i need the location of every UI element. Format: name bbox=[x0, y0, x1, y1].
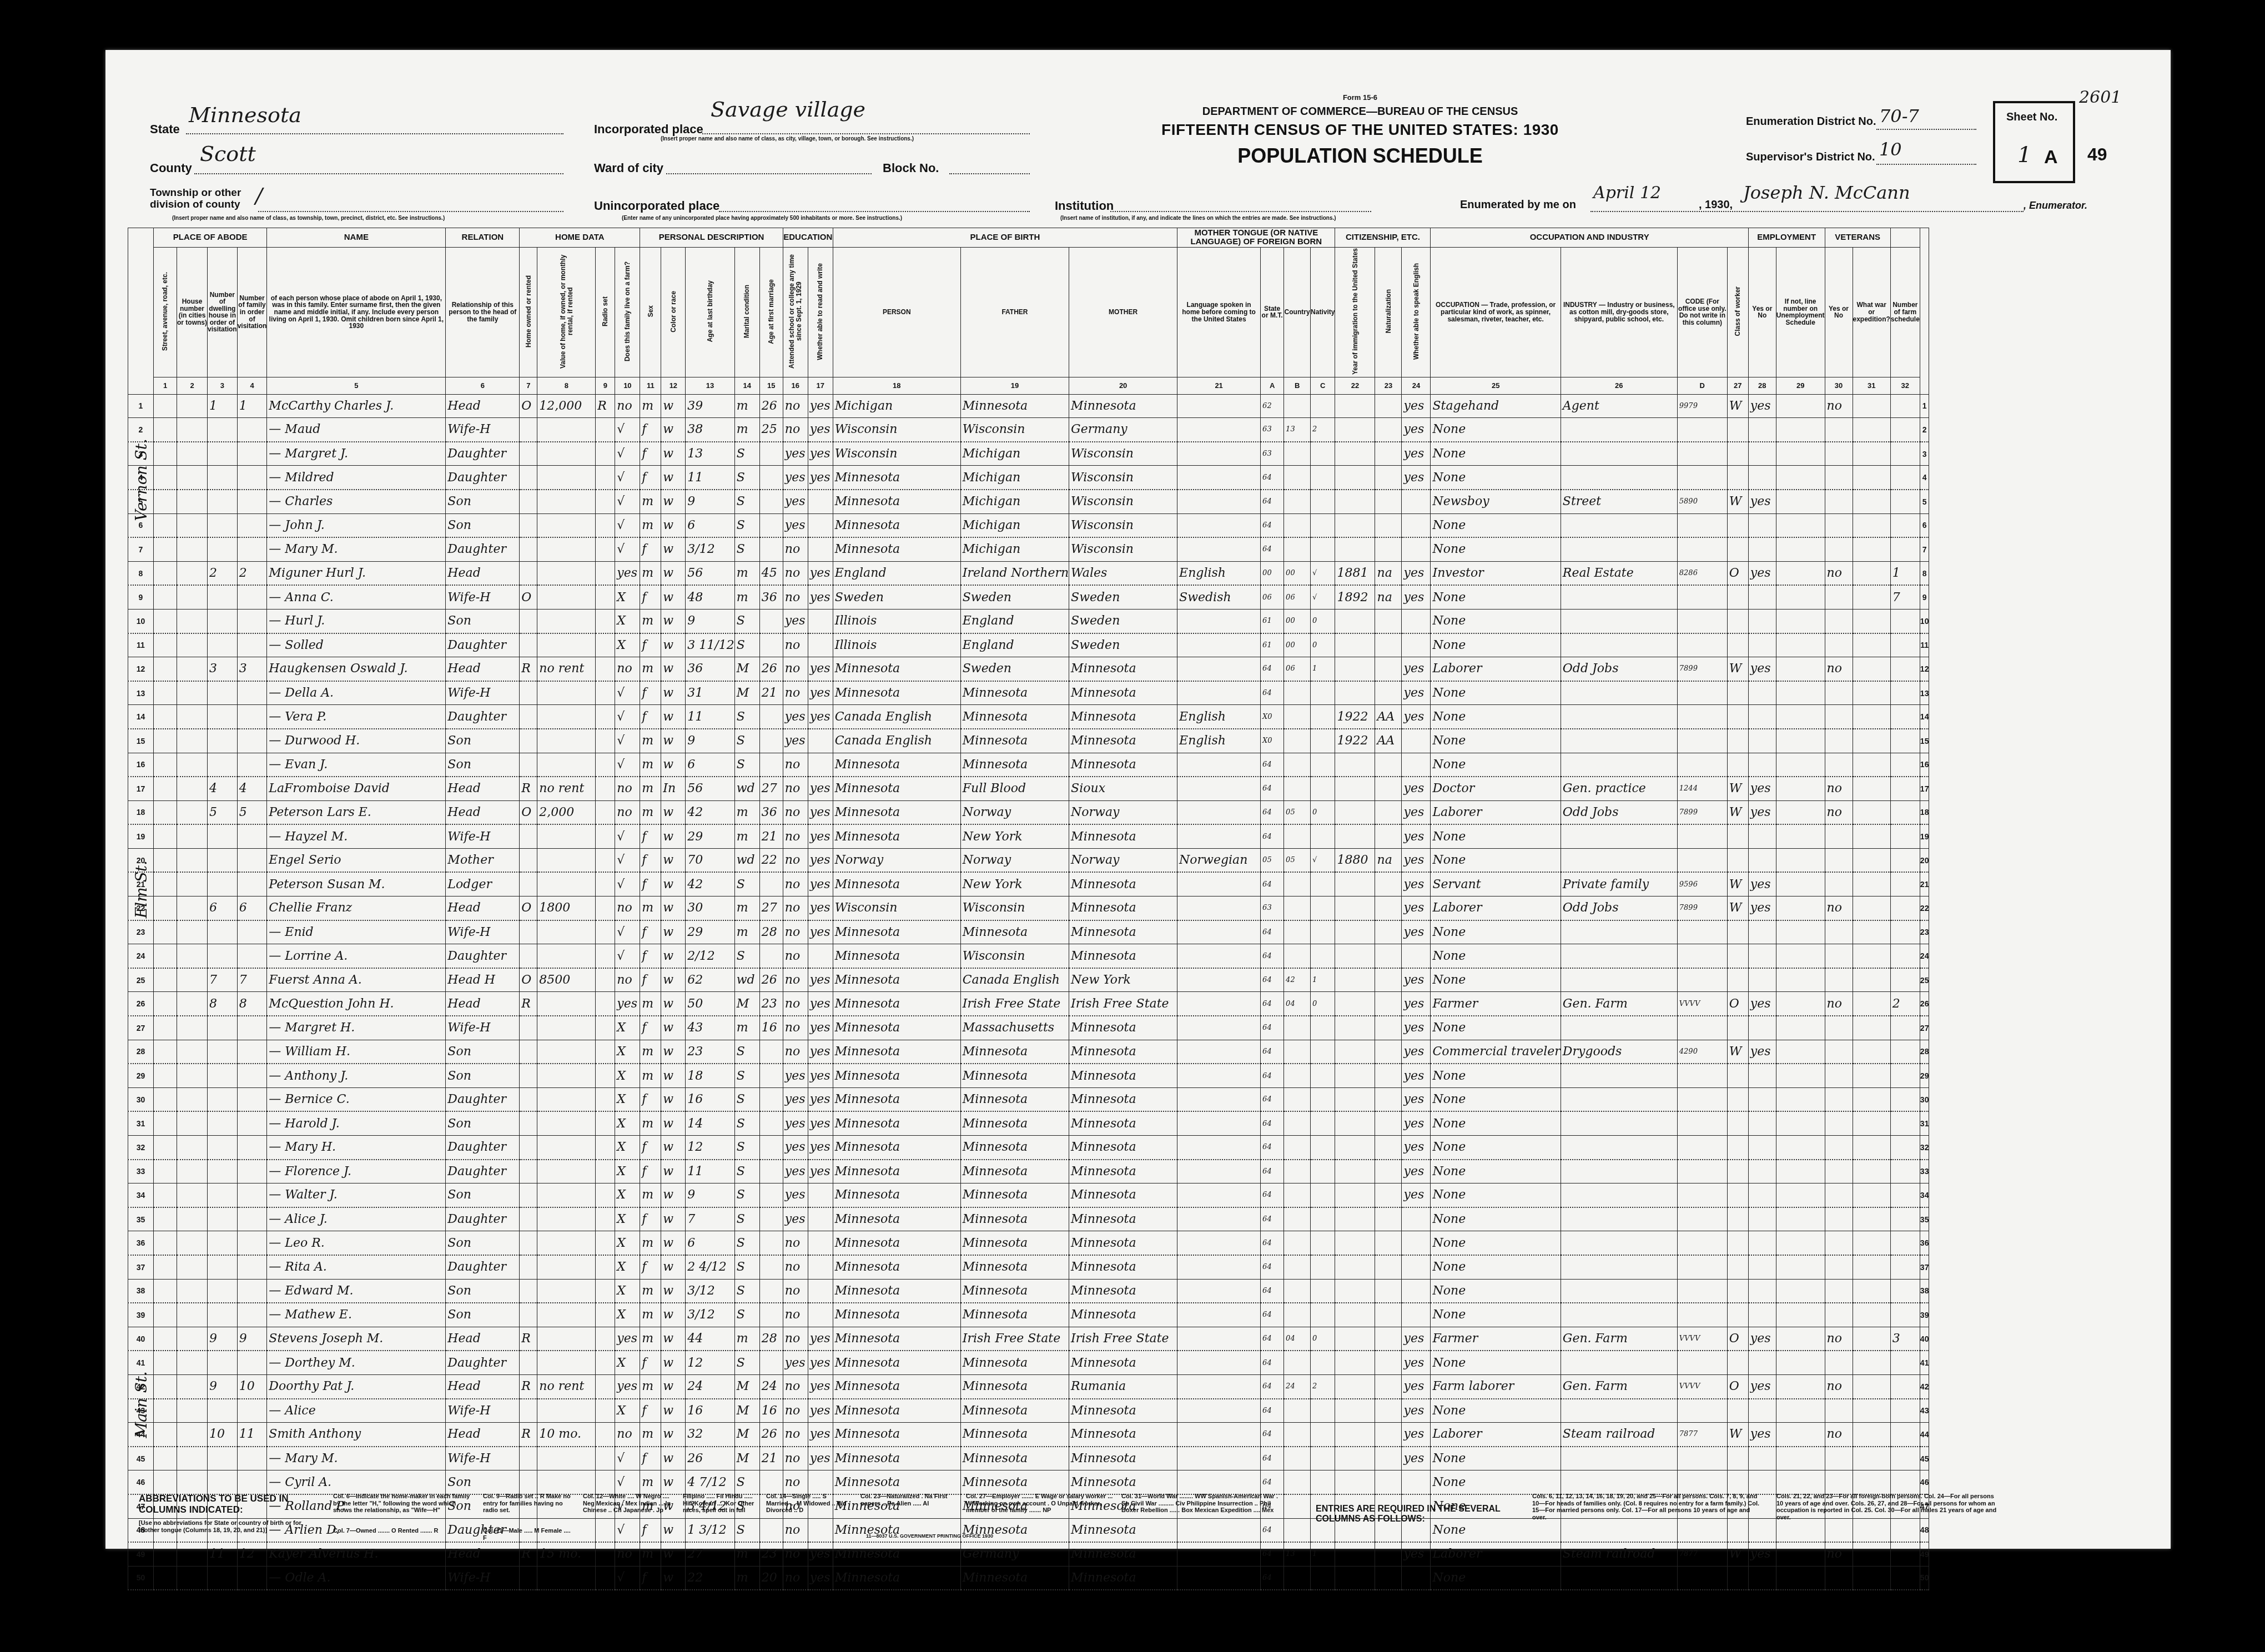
cell-lang bbox=[1177, 466, 1261, 490]
cell-cls bbox=[1727, 1207, 1748, 1231]
cell-unemp bbox=[1776, 705, 1825, 729]
cell-bp: Minnesota bbox=[833, 1399, 960, 1423]
census-title: FIFTEENTH CENSUS OF THE UNITED STATES: 1… bbox=[1083, 121, 1638, 139]
cell-bpf: Minnesota bbox=[960, 681, 1069, 705]
cell-street bbox=[154, 777, 177, 800]
cell-a: 63 bbox=[1261, 442, 1284, 466]
cell-c bbox=[1311, 1016, 1335, 1040]
cell-sch: no bbox=[783, 585, 808, 609]
cell-house bbox=[177, 1279, 208, 1303]
cell-occ: Farm laborer bbox=[1431, 1374, 1561, 1398]
column-header: Number of dwelling house in order of vis… bbox=[208, 248, 238, 377]
cell-age: 32 bbox=[686, 1423, 734, 1447]
cell-cls: W bbox=[1727, 1542, 1748, 1566]
cell-race: w bbox=[661, 1207, 686, 1231]
cell-unemp bbox=[1776, 1183, 1825, 1207]
cell-sch: no bbox=[783, 394, 808, 418]
cell-mar: S bbox=[734, 609, 759, 633]
cell-farm: X bbox=[615, 633, 640, 657]
cell-nat bbox=[1375, 1303, 1402, 1327]
cell-b bbox=[1284, 1255, 1311, 1279]
unincorporated-label: Unincorporated place bbox=[594, 199, 719, 213]
cell-house bbox=[177, 800, 208, 824]
cell-street bbox=[154, 1374, 177, 1398]
cell-vet bbox=[1825, 1087, 1853, 1111]
cell-farm: √ bbox=[615, 705, 640, 729]
cell-sex: m bbox=[640, 1111, 661, 1135]
cell-house bbox=[177, 1374, 208, 1398]
cell-code bbox=[1677, 729, 1727, 753]
cell-cls bbox=[1727, 705, 1748, 729]
cell-c bbox=[1311, 777, 1335, 800]
cell-farm: X bbox=[615, 1255, 640, 1279]
cell-dw bbox=[208, 609, 238, 633]
cell-war bbox=[1853, 1399, 1890, 1423]
cell-occ: None bbox=[1431, 442, 1561, 466]
cell-vet bbox=[1825, 1279, 1853, 1303]
cell-rel: Daughter bbox=[446, 1160, 520, 1183]
cell-farmno bbox=[1890, 1447, 1920, 1470]
cell-eng bbox=[1402, 490, 1431, 513]
cell-farm: X bbox=[615, 1351, 640, 1374]
cell-read: yes bbox=[808, 1566, 833, 1590]
cell-vet bbox=[1825, 1351, 1853, 1374]
cell-age: 16 bbox=[686, 1399, 734, 1423]
cell-cls bbox=[1727, 1255, 1748, 1279]
department-title: DEPARTMENT OF COMMERCE—BUREAU OF THE CEN… bbox=[1138, 105, 1582, 118]
cell-war bbox=[1853, 1111, 1890, 1135]
unincorporated-line bbox=[719, 211, 1030, 212]
cell-rel: Wife-H bbox=[446, 1566, 520, 1590]
cell-bp: Minnesota bbox=[833, 1327, 960, 1351]
cell-name: — Anna C. bbox=[267, 585, 446, 609]
census-row: 2266Chellie FranzHeadO1800nomw30m27noyes… bbox=[128, 896, 1929, 920]
cell-code bbox=[1677, 705, 1727, 729]
cell-street bbox=[154, 1399, 177, 1423]
cell-dw bbox=[208, 1303, 238, 1327]
cell-farmno bbox=[1890, 848, 1920, 872]
cell-work: yes bbox=[1748, 800, 1776, 824]
cell-a: 64 bbox=[1261, 490, 1284, 513]
cell-c: 1 bbox=[1311, 657, 1335, 681]
state-line bbox=[186, 133, 563, 134]
cell-mar: S bbox=[734, 944, 759, 968]
column-header: What war or expedition? bbox=[1853, 248, 1890, 377]
cell-name: Miguner Hurl J. bbox=[267, 561, 446, 585]
cell-lang: English bbox=[1177, 561, 1261, 585]
cell-sch: yes bbox=[783, 1064, 808, 1087]
census-row: 9— Anna C.Wife-HOXfw48m36noyesSwedenSwed… bbox=[128, 585, 1929, 609]
cell-read: yes bbox=[808, 1374, 833, 1398]
cell-name: — Hurl J. bbox=[267, 609, 446, 633]
cell-occ: None bbox=[1431, 1351, 1561, 1374]
cell-dw: 7 bbox=[208, 968, 238, 992]
cell-radio bbox=[596, 1160, 615, 1183]
cell-bpm: Minnesota bbox=[1069, 1470, 1177, 1494]
cell-b bbox=[1284, 729, 1311, 753]
cell-mar: S bbox=[734, 1111, 759, 1135]
cell-read: yes bbox=[808, 1160, 833, 1183]
cell-fam: 5 bbox=[237, 800, 267, 824]
cell-mar: m bbox=[734, 1016, 759, 1040]
cell-code: 4290 bbox=[1677, 1040, 1727, 1064]
cell-val bbox=[537, 992, 596, 1016]
cell-street bbox=[154, 657, 177, 681]
cell-b: 13 bbox=[1284, 1542, 1311, 1566]
census-row: 3— Margret J.Daughter√fw13SyesyesWiscons… bbox=[128, 442, 1929, 466]
cell-farm: √ bbox=[615, 1470, 640, 1494]
cell-farm: √ bbox=[615, 1566, 640, 1590]
cell-nat bbox=[1375, 513, 1402, 537]
cell-c: √ bbox=[1311, 585, 1335, 609]
cell-imm bbox=[1335, 609, 1375, 633]
cell-ind: Agent bbox=[1561, 394, 1677, 418]
column-number: 15 bbox=[759, 377, 783, 394]
cell-fam bbox=[237, 920, 267, 944]
cell-mar: M bbox=[734, 1399, 759, 1423]
cell-age: 3/12 bbox=[686, 1303, 734, 1327]
cell-vet bbox=[1825, 418, 1853, 442]
line-number-right: 7 bbox=[1920, 537, 1929, 561]
cell-work bbox=[1748, 633, 1776, 657]
supervisor-value: 10 bbox=[1879, 139, 1902, 160]
column-number: 1 bbox=[154, 377, 177, 394]
cell-vet bbox=[1825, 513, 1853, 537]
cell-name: — Alice J. bbox=[267, 1207, 446, 1231]
cell-farm: √ bbox=[615, 729, 640, 753]
cell-code: VVVV bbox=[1677, 1327, 1727, 1351]
cell-a: 64 bbox=[1261, 992, 1284, 1016]
cell-code bbox=[1677, 513, 1727, 537]
cell-street bbox=[154, 968, 177, 992]
cell-work bbox=[1748, 585, 1776, 609]
cell-unemp bbox=[1776, 753, 1825, 777]
cell-occ: None bbox=[1431, 824, 1561, 848]
cell-work: yes bbox=[1748, 872, 1776, 896]
cell-fam bbox=[237, 1016, 267, 1040]
census-row: 6— John J.Son√mw6SyesMinnesotaMichiganWi… bbox=[128, 513, 1929, 537]
cell-bpf: Minnesota bbox=[960, 1111, 1069, 1135]
column-header: Value of home, if owned, or monthly rent… bbox=[537, 248, 596, 377]
cell-b bbox=[1284, 1160, 1311, 1183]
cell-ind bbox=[1561, 1207, 1677, 1231]
cell-own bbox=[520, 681, 537, 705]
cell-b bbox=[1284, 753, 1311, 777]
cell-agem: 21 bbox=[759, 1447, 783, 1470]
cell-bpm: Minnesota bbox=[1069, 753, 1177, 777]
cell-unemp bbox=[1776, 513, 1825, 537]
cell-agem: 28 bbox=[759, 1327, 783, 1351]
cell-radio bbox=[596, 681, 615, 705]
cell-farmno: 2 bbox=[1890, 992, 1920, 1016]
cell-bpm: Minnesota bbox=[1069, 1183, 1177, 1207]
line-number-right: 8 bbox=[1920, 561, 1929, 585]
cell-sex: m bbox=[640, 1374, 661, 1398]
cell-nat bbox=[1375, 896, 1402, 920]
cell-work: yes bbox=[1748, 561, 1776, 585]
cell-ind bbox=[1561, 1447, 1677, 1470]
cell-bpf: Minnesota bbox=[960, 1423, 1069, 1447]
cell-work bbox=[1748, 1566, 1776, 1590]
line-number-right: 28 bbox=[1920, 1040, 1929, 1064]
cell-occ: None bbox=[1431, 968, 1561, 992]
cell-work: yes bbox=[1748, 1542, 1776, 1566]
column-number: 24 bbox=[1402, 377, 1431, 394]
cell-imm bbox=[1335, 872, 1375, 896]
cell-rel: Son bbox=[446, 1231, 520, 1255]
cell-rel: Daughter bbox=[446, 1087, 520, 1111]
cell-age: 23 bbox=[686, 1040, 734, 1064]
column-header: Age at last birthday bbox=[686, 248, 734, 377]
line-number: 45 bbox=[128, 1447, 154, 1470]
cell-farm: X bbox=[615, 585, 640, 609]
cell-eng: yes bbox=[1402, 1111, 1431, 1135]
cell-bpm: Minnesota bbox=[1069, 1255, 1177, 1279]
cell-c bbox=[1311, 1231, 1335, 1255]
cell-name: — Edward M. bbox=[267, 1279, 446, 1303]
cell-dw: 2 bbox=[208, 561, 238, 585]
cell-a: 64 bbox=[1261, 1087, 1284, 1111]
cell-nat bbox=[1375, 800, 1402, 824]
census-row: 1744LaFromboise DavidHeadRno rentnomIn56… bbox=[128, 777, 1929, 800]
column-header-label: Radio set bbox=[602, 296, 609, 326]
cell-nat bbox=[1375, 1207, 1402, 1231]
cell-eng: yes bbox=[1402, 585, 1431, 609]
cell-a: 64 bbox=[1261, 1470, 1284, 1494]
cell-vet: no bbox=[1825, 992, 1853, 1016]
cell-dw bbox=[208, 442, 238, 466]
cell-age: 56 bbox=[686, 777, 734, 800]
cell-sch: no bbox=[783, 824, 808, 848]
cell-radio bbox=[596, 1542, 615, 1566]
cell-sch: no bbox=[783, 944, 808, 968]
cell-sex: f bbox=[640, 585, 661, 609]
cell-ind bbox=[1561, 1064, 1677, 1087]
cell-eng: yes bbox=[1402, 442, 1431, 466]
cell-sch: yes bbox=[783, 466, 808, 490]
cell-dw bbox=[208, 705, 238, 729]
cell-fam bbox=[237, 1087, 267, 1111]
cell-bpm: Wales bbox=[1069, 561, 1177, 585]
cell-eng bbox=[1402, 944, 1431, 968]
cell-code bbox=[1677, 1351, 1727, 1374]
cell-street bbox=[154, 1447, 177, 1470]
cell-war bbox=[1853, 1231, 1890, 1255]
cell-work: yes bbox=[1748, 777, 1776, 800]
cell-bpm: Minnesota bbox=[1069, 705, 1177, 729]
cell-name: Peterson Lars E. bbox=[267, 800, 446, 824]
cell-bp: Minnesota bbox=[833, 1279, 960, 1303]
line-number-header-right bbox=[1920, 228, 1929, 395]
cell-farmno: 7 bbox=[1890, 585, 1920, 609]
cell-imm bbox=[1335, 394, 1375, 418]
cell-farm: no bbox=[615, 800, 640, 824]
cell-sch: yes bbox=[783, 705, 808, 729]
cell-b bbox=[1284, 1040, 1311, 1064]
cell-farmno bbox=[1890, 1111, 1920, 1135]
cell-val: 8500 bbox=[537, 968, 596, 992]
cell-race: w bbox=[661, 490, 686, 513]
cell-dw: 1 bbox=[208, 394, 238, 418]
cell-c: √ bbox=[1311, 848, 1335, 872]
cell-own bbox=[520, 1183, 537, 1207]
cell-war bbox=[1853, 394, 1890, 418]
cell-dw bbox=[208, 1470, 238, 1494]
abbreviations-title: ABBREVIATIONS TO BE USED IN COLUMNS INDI… bbox=[139, 1493, 322, 1515]
cell-cls: W bbox=[1727, 872, 1748, 896]
cell-race: w bbox=[661, 466, 686, 490]
cell-bpf: Minnesota bbox=[960, 394, 1069, 418]
cell-imm bbox=[1335, 1399, 1375, 1423]
cell-val bbox=[537, 1016, 596, 1040]
cell-bpf: Minnesota bbox=[960, 1160, 1069, 1183]
cell-a: 64 bbox=[1261, 1207, 1284, 1231]
cell-lang bbox=[1177, 1016, 1261, 1040]
cell-nat bbox=[1375, 681, 1402, 705]
cell-dw bbox=[208, 1087, 238, 1111]
cell-read: yes bbox=[808, 1447, 833, 1470]
cell-race: w bbox=[661, 1183, 686, 1207]
cell-name: — Margret J. bbox=[267, 442, 446, 466]
cell-own: O bbox=[520, 968, 537, 992]
column-header: House number (in cities or towns) bbox=[177, 248, 208, 377]
cell-own bbox=[520, 1470, 537, 1494]
cell-imm bbox=[1335, 1040, 1375, 1064]
cell-occ: None bbox=[1431, 705, 1561, 729]
cell-race: w bbox=[661, 1231, 686, 1255]
cell-sex: m bbox=[640, 513, 661, 537]
cell-own: R bbox=[520, 1542, 537, 1566]
cell-farm: √ bbox=[615, 681, 640, 705]
cell-eng: yes bbox=[1402, 800, 1431, 824]
cell-war bbox=[1853, 920, 1890, 944]
cell-code: 1244 bbox=[1677, 777, 1727, 800]
cell-bp: Minnesota bbox=[833, 920, 960, 944]
cell-bpf: Minnesota bbox=[960, 1566, 1069, 1590]
cell-house bbox=[177, 729, 208, 753]
line-number-right: 11 bbox=[1920, 633, 1929, 657]
cell-own bbox=[520, 1231, 537, 1255]
cell-rel: Head H bbox=[446, 968, 520, 992]
cell-read: yes bbox=[808, 824, 833, 848]
cell-sex: f bbox=[640, 1255, 661, 1279]
cell-lang bbox=[1177, 1423, 1261, 1447]
cell-lang bbox=[1177, 1136, 1261, 1160]
cell-bpf: Minnesota bbox=[960, 1255, 1069, 1279]
census-row: 13— Della A.Wife-H√fw31M21noyesMinnesota… bbox=[128, 681, 1929, 705]
line-number: 16 bbox=[128, 753, 154, 777]
cell-fam: 6 bbox=[237, 896, 267, 920]
cell-own bbox=[520, 1136, 537, 1160]
cell-read bbox=[808, 1183, 833, 1207]
cell-dw: 6 bbox=[208, 896, 238, 920]
cell-mar: S bbox=[734, 490, 759, 513]
cell-ind bbox=[1561, 1087, 1677, 1111]
cell-radio bbox=[596, 800, 615, 824]
cell-work: yes bbox=[1748, 896, 1776, 920]
cell-read: yes bbox=[808, 1016, 833, 1040]
cell-occ: None bbox=[1431, 585, 1561, 609]
cell-house bbox=[177, 1351, 208, 1374]
cell-street bbox=[154, 1087, 177, 1111]
cell-imm bbox=[1335, 442, 1375, 466]
cell-agem: 25 bbox=[759, 418, 783, 442]
form-number: Form 15-6 bbox=[1249, 93, 1471, 102]
line-number: 31 bbox=[128, 1111, 154, 1135]
cell-radio bbox=[596, 1351, 615, 1374]
cell-dw bbox=[208, 1016, 238, 1040]
cell-nat bbox=[1375, 1183, 1402, 1207]
cell-house bbox=[177, 1160, 208, 1183]
cell-farmno bbox=[1890, 1255, 1920, 1279]
cell-bpf: Minnesota bbox=[960, 920, 1069, 944]
column-group-header: PLACE OF BIRTH bbox=[833, 228, 1177, 248]
cell-c bbox=[1311, 1136, 1335, 1160]
column-header: Relationship of this person to the head … bbox=[446, 248, 520, 377]
cell-race: w bbox=[661, 561, 686, 585]
cell-street bbox=[154, 466, 177, 490]
cell-fam: 12 bbox=[237, 1542, 267, 1566]
cell-unemp bbox=[1776, 1542, 1825, 1566]
cell-bpf: Minnesota bbox=[960, 1087, 1069, 1111]
cell-read: yes bbox=[808, 1542, 833, 1566]
cell-mar: S bbox=[734, 633, 759, 657]
census-row: 16— Evan J.Son√mw6SnoMinnesotaMinnesotaM… bbox=[128, 753, 1929, 777]
column-header-label: Yes or No bbox=[1829, 305, 1849, 320]
cell-age: 44 bbox=[686, 1327, 734, 1351]
cell-own bbox=[520, 418, 537, 442]
cell-nat bbox=[1375, 1423, 1402, 1447]
cell-read: yes bbox=[808, 968, 833, 992]
cell-bpm: Minnesota bbox=[1069, 681, 1177, 705]
cell-radio bbox=[596, 561, 615, 585]
cell-c bbox=[1311, 394, 1335, 418]
cell-fam bbox=[237, 705, 267, 729]
cell-nat bbox=[1375, 1279, 1402, 1303]
col12b-instructions: Filipino ..... Fil Hindu ..... Hin Korea… bbox=[683, 1493, 755, 1514]
cell-farmno bbox=[1890, 1064, 1920, 1087]
census-row: 24— Lorrine A.Daughter√fw2/12SnoMinnesot… bbox=[128, 944, 1929, 968]
cell-bpf: England bbox=[960, 609, 1069, 633]
cell-bpm: Wisconsin bbox=[1069, 490, 1177, 513]
cell-nat bbox=[1375, 753, 1402, 777]
cell-read: yes bbox=[808, 1040, 833, 1064]
census-row: 2688McQuestion John H.HeadRyesmw50M23noy… bbox=[128, 992, 1929, 1016]
cell-fam: 2 bbox=[237, 561, 267, 585]
cell-war bbox=[1853, 896, 1890, 920]
column-header-label: Sex bbox=[647, 305, 655, 317]
cell-val: 15 mo. bbox=[537, 1542, 596, 1566]
column-number: 31 bbox=[1853, 377, 1890, 394]
incorporated-label: Incorporated place bbox=[594, 122, 703, 137]
cell-nat bbox=[1375, 1040, 1402, 1064]
cell-unemp bbox=[1776, 1566, 1825, 1590]
sheet-value: 1 bbox=[2017, 142, 2031, 168]
cell-fam bbox=[237, 1040, 267, 1064]
cell-c bbox=[1311, 1423, 1335, 1447]
cell-race: w bbox=[661, 1064, 686, 1087]
cell-ind bbox=[1561, 1183, 1677, 1207]
cell-bpf: Michigan bbox=[960, 466, 1069, 490]
cell-dw bbox=[208, 920, 238, 944]
cell-fam: 3 bbox=[237, 657, 267, 681]
column-number: 2 bbox=[177, 377, 208, 394]
cell-ind bbox=[1561, 418, 1677, 442]
cell-radio bbox=[596, 705, 615, 729]
cell-radio bbox=[596, 753, 615, 777]
cell-sex: m bbox=[640, 1470, 661, 1494]
cell-occ: None bbox=[1431, 848, 1561, 872]
